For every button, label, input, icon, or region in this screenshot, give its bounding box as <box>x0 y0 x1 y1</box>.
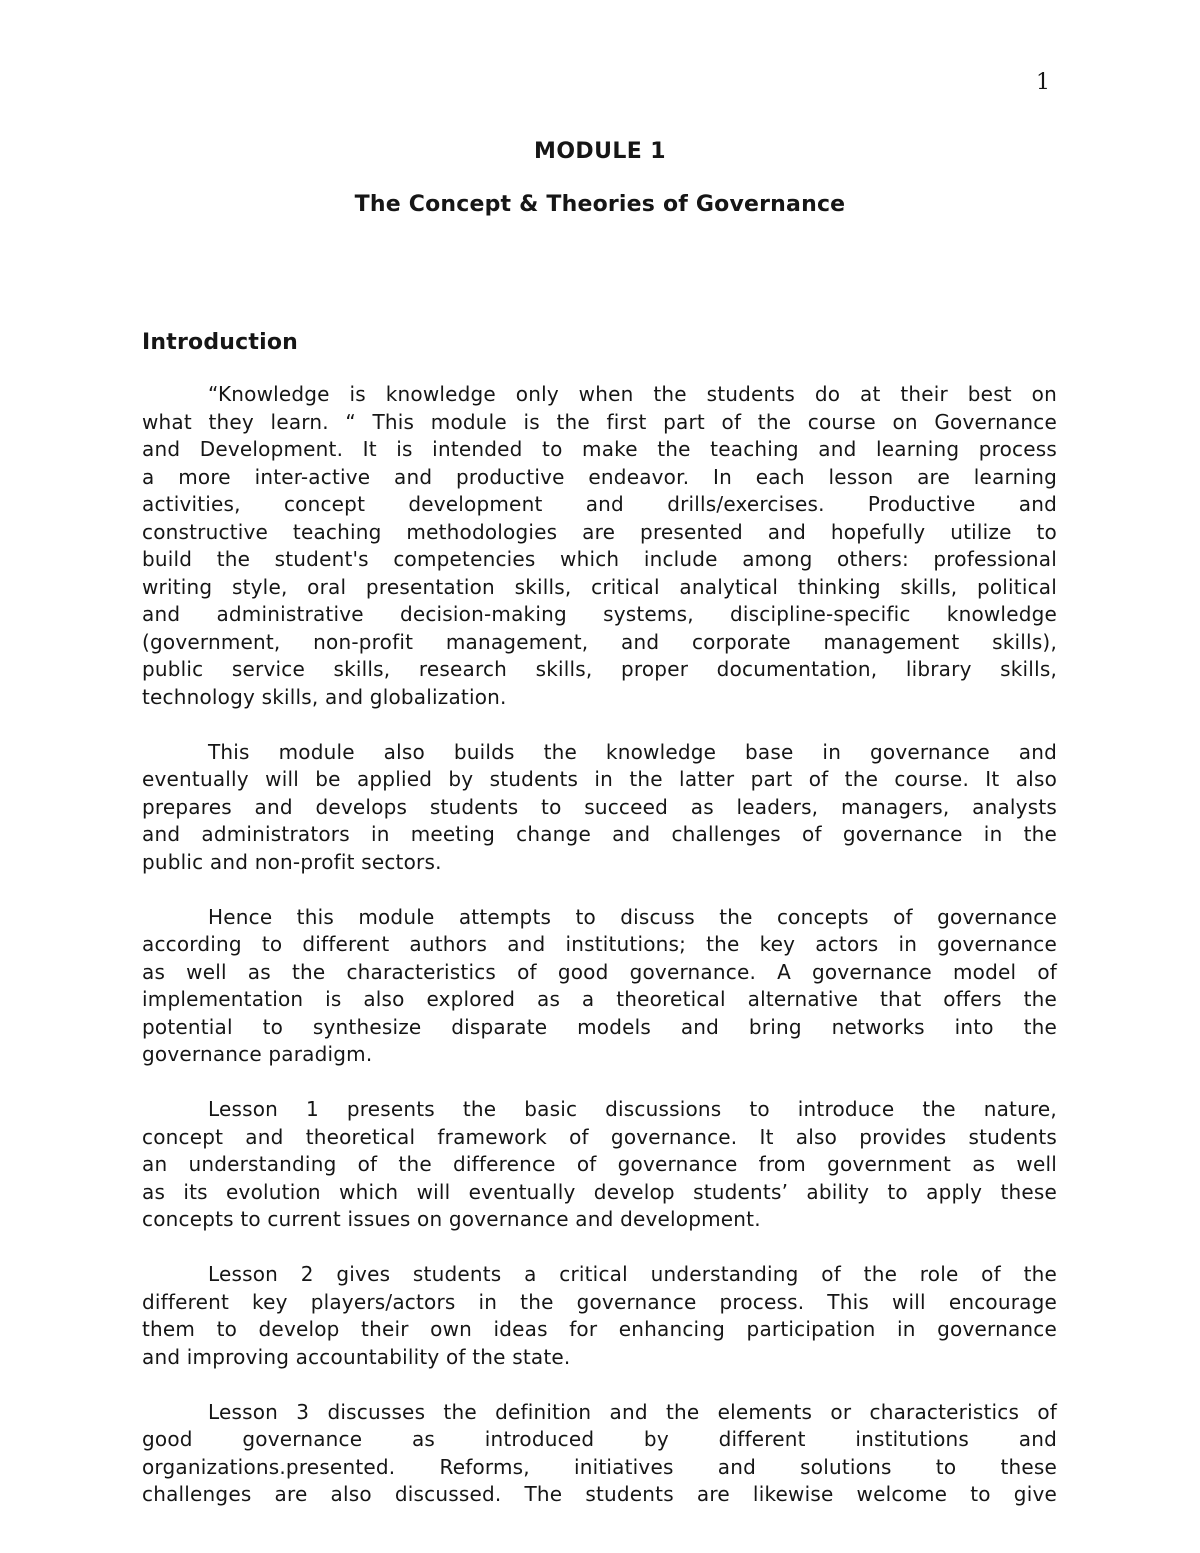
paragraph-line: implementation is also explored as a the… <box>142 986 1057 1014</box>
page-number: 1 <box>1036 72 1050 94</box>
paragraph: Hence this module attempts to discuss th… <box>142 904 1057 1069</box>
paragraph-line: and administrators in meeting change and… <box>142 821 1057 849</box>
paragraph-line: governance paradigm. <box>142 1041 1057 1069</box>
document-page: 1 MODULE 1 The Concept & Theories of Gov… <box>0 0 1200 1553</box>
paragraph-line: organizations.presented. Reforms, initia… <box>142 1454 1057 1482</box>
paragraph-line: technology skills, and globalization. <box>142 684 1057 712</box>
paragraph-line: potential to synthesize disparate models… <box>142 1014 1057 1042</box>
paragraph-line: according to different authors and insti… <box>142 931 1057 959</box>
paragraph-line: an understanding of the difference of go… <box>142 1151 1057 1179</box>
paragraph-line: good governance as introduced by differe… <box>142 1426 1057 1454</box>
paragraph-line: them to develop their own ideas for enha… <box>142 1316 1057 1344</box>
paragraph-line: concepts to current issues on governance… <box>142 1206 1057 1234</box>
paragraph-line: writing style, oral presentation skills,… <box>142 574 1057 602</box>
module-subtitle: The Concept & Theories of Governance <box>0 192 1200 217</box>
paragraph: “Knowledge is knowledge only when the st… <box>142 381 1057 711</box>
paragraph: Lesson 1 presents the basic discussions … <box>142 1096 1057 1234</box>
paragraph-line: public service skills, research skills, … <box>142 656 1057 684</box>
paragraph-line: as well as the characteristics of good g… <box>142 959 1057 987</box>
paragraph-line: “Knowledge is knowledge only when the st… <box>142 381 1057 409</box>
paragraph-line: Lesson 1 presents the basic discussions … <box>142 1096 1057 1124</box>
body-text: “Knowledge is knowledge only when the st… <box>142 381 1057 1509</box>
paragraph-line: constructive teaching methodologies are … <box>142 519 1057 547</box>
paragraph-line: build the student's competencies which i… <box>142 546 1057 574</box>
paragraph: Lesson 3 discusses the definition and th… <box>142 1399 1057 1509</box>
paragraph-line: and Development. It is intended to make … <box>142 436 1057 464</box>
section-heading-introduction: Introduction <box>142 330 298 355</box>
paragraph: This module also builds the knowledge ba… <box>142 739 1057 877</box>
paragraph-line: and improving accountability of the stat… <box>142 1344 1057 1372</box>
paragraph-line: eventually will be applied by students i… <box>142 766 1057 794</box>
paragraph-line: and administrative decision-making syste… <box>142 601 1057 629</box>
paragraph-line: (government, non-profit management, and … <box>142 629 1057 657</box>
paragraph-line: Lesson 2 gives students a critical under… <box>142 1261 1057 1289</box>
paragraph-line: concept and theoretical framework of gov… <box>142 1124 1057 1152</box>
paragraph-line: Lesson 3 discusses the definition and th… <box>142 1399 1057 1427</box>
paragraph-line: what they learn. “ This module is the fi… <box>142 409 1057 437</box>
paragraph-line: public and non-profit sectors. <box>142 849 1057 877</box>
paragraph: Lesson 2 gives students a critical under… <box>142 1261 1057 1371</box>
paragraph-line: a more inter-active and productive endea… <box>142 464 1057 492</box>
paragraph-line: different key players/actors in the gove… <box>142 1289 1057 1317</box>
paragraph-line: as its evolution which will eventually d… <box>142 1179 1057 1207</box>
paragraph-line: activities, concept development and dril… <box>142 491 1057 519</box>
paragraph-line: prepares and develops students to succee… <box>142 794 1057 822</box>
paragraph-line: This module also builds the knowledge ba… <box>142 739 1057 767</box>
module-title: MODULE 1 <box>0 139 1200 164</box>
paragraph-line: Hence this module attempts to discuss th… <box>142 904 1057 932</box>
paragraph-line: challenges are also discussed. The stude… <box>142 1481 1057 1509</box>
